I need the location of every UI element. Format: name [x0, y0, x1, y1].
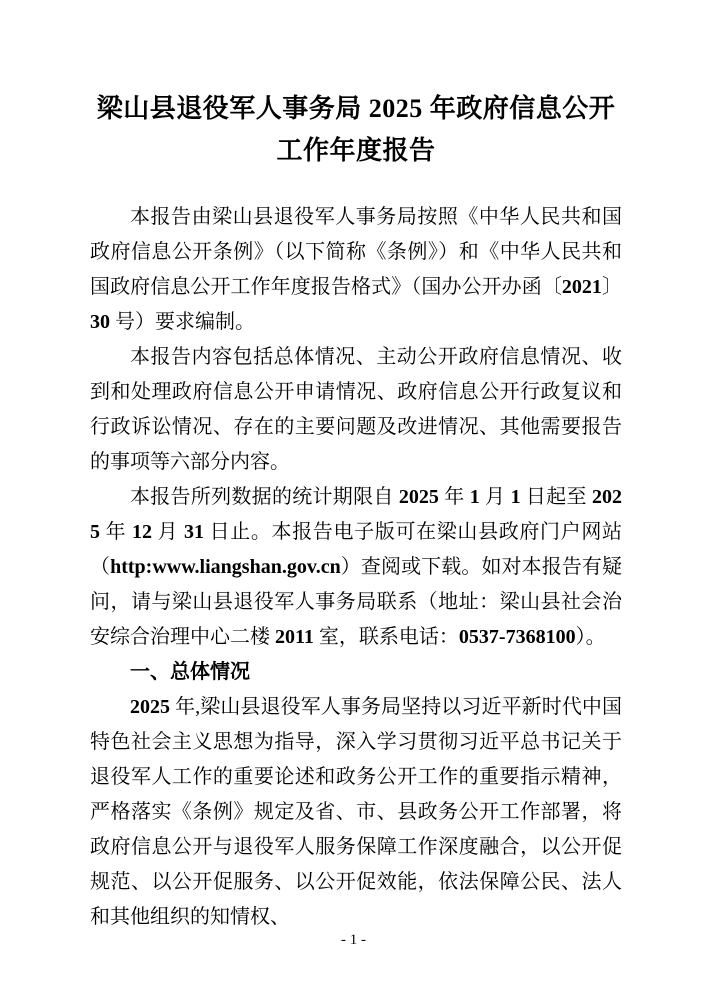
bold-text-run: 0537-7368100 — [459, 626, 576, 648]
bold-text-run: 2025 — [399, 486, 439, 508]
text-run: 室，联系电话： — [314, 626, 459, 648]
bold-text-run: 1 — [511, 486, 521, 508]
text-run: ）。 — [576, 626, 606, 648]
bold-text-run: 30 — [90, 311, 110, 333]
text-run: 本报告所列数据的统计期限自 — [130, 486, 399, 508]
text-run: 月 — [480, 486, 511, 508]
text-run: 年 — [439, 486, 470, 508]
para-report-contents: 本报告内容包括总体情况、主动公开政府信息情况、收到和处理政府信息公开申请情况、政… — [90, 340, 622, 480]
document-page: 梁山县退役军人事务局 2025 年政府信息公开工作年度报告 本报告由梁山县退役军… — [0, 0, 707, 999]
bold-text-run: 2021 — [562, 276, 602, 298]
page-number: - 1 - — [0, 931, 707, 949]
bold-text-run: http:www.liangshan.gov.cn — [110, 556, 341, 578]
document-title: 梁山县退役军人事务局 2025 年政府信息公开工作年度报告 — [90, 88, 622, 172]
text-run: 年 — [100, 521, 132, 543]
para-overview-intro: 2025 年,梁山县退役军人事务局坚持以习近平新时代中国特色社会主义思想为指导，… — [90, 690, 622, 935]
bold-text-run: 2025 — [130, 696, 170, 718]
bold-text-run: 31 — [184, 521, 204, 543]
text-run: 本报告内容包括总体情况、主动公开政府信息情况、收到和处理政府信息公开申请情况、政… — [90, 346, 622, 473]
text-run: 月 — [152, 521, 184, 543]
text-run: 日起至 — [521, 486, 592, 508]
text-run: 号）要求编制。 — [110, 311, 255, 333]
bold-text-run: 12 — [132, 521, 152, 543]
para-data-period-contact: 本报告所列数据的统计期限自 2025 年 1 月 1 日起至 2025 年 12… — [90, 480, 622, 655]
text-run: 年,梁山县退役军人事务局坚持以习近平新时代中国特色社会主义思想为指导，深入学习贯… — [90, 696, 622, 928]
section-heading-overview: 一、总体情况 — [90, 655, 622, 690]
bold-text-run: 2011 — [275, 626, 314, 648]
text-run: 〕 — [602, 276, 622, 298]
text-run: 本报告由梁山县退役军人事务局按照《中华人民共和国政府信息公开条例》（以下简称《条… — [90, 206, 622, 298]
para-report-basis: 本报告由梁山县退役军人事务局按照《中华人民共和国政府信息公开条例》（以下简称《条… — [90, 200, 622, 340]
bold-text-run: 1 — [470, 486, 480, 508]
